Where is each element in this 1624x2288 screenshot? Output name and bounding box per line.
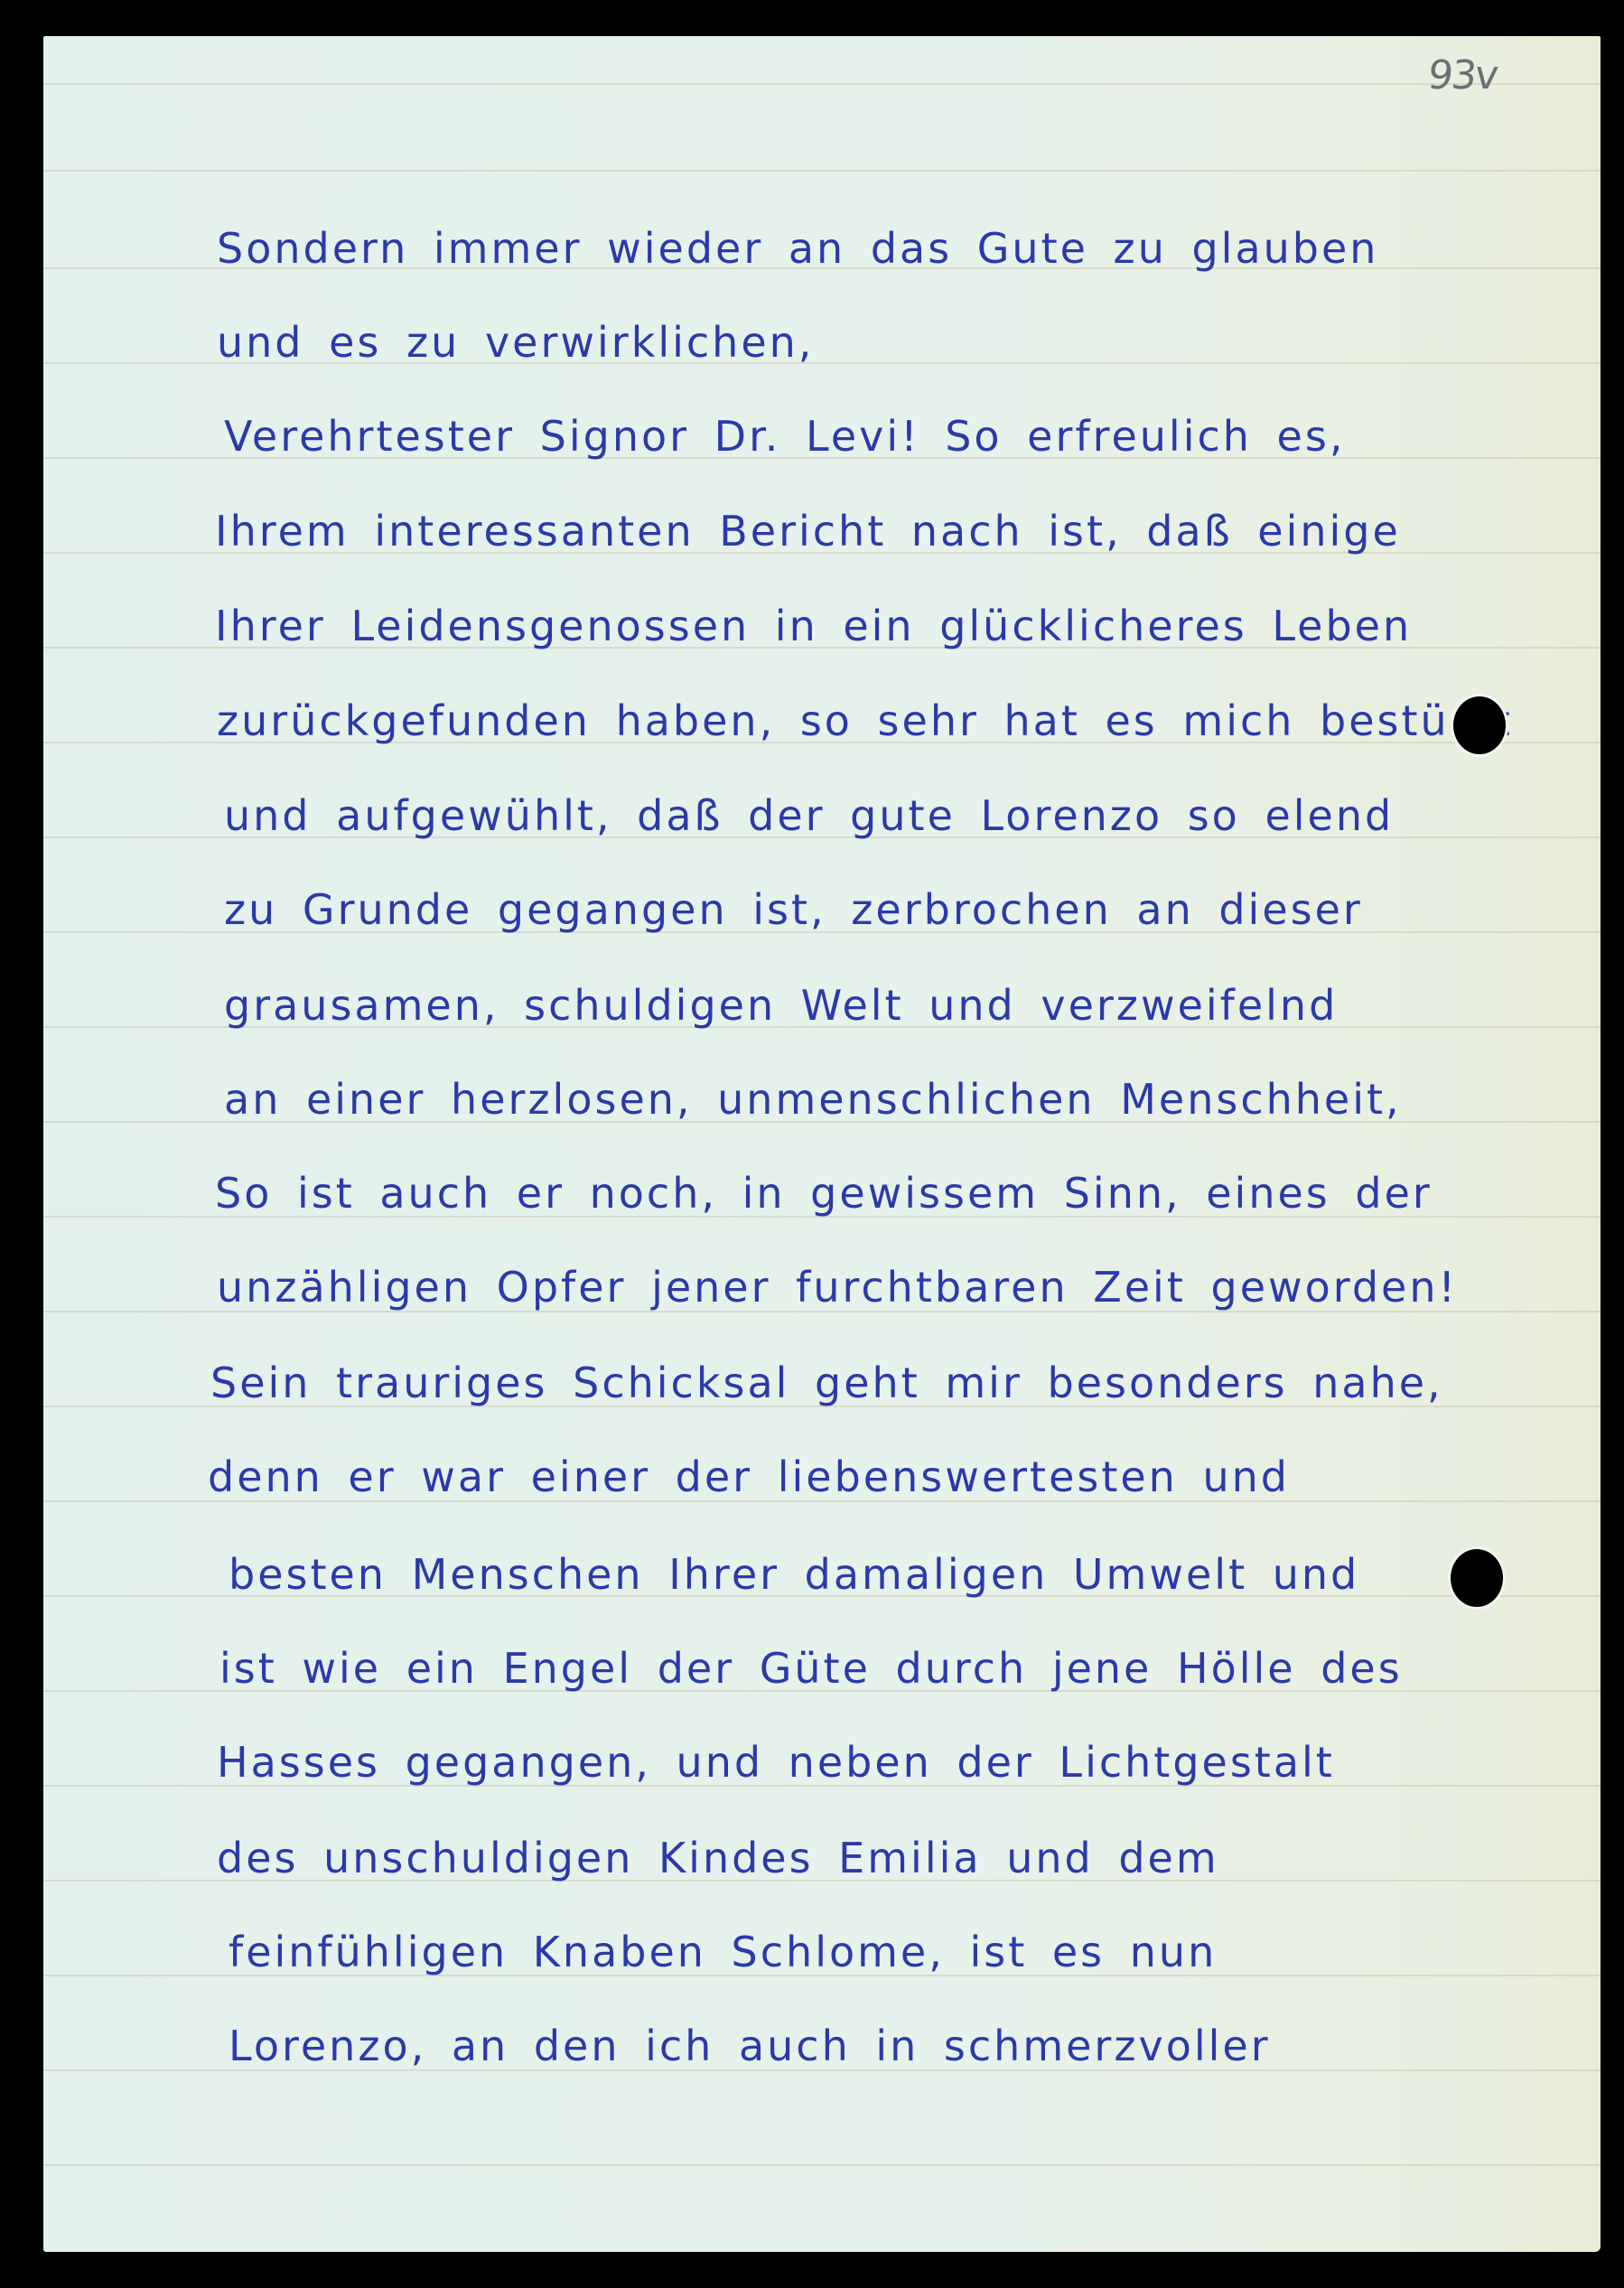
text-line: Ihrem interessanten Bericht nach ist, da…	[215, 510, 1401, 552]
text-line: denn er war einer der liebenswertesten u…	[208, 1456, 1290, 1498]
letter-page: 93v Sondern immer wieder an das Gute zu …	[43, 36, 1601, 2252]
text-line: Sondern immer wieder an das Gute zu glau…	[217, 228, 1572, 269]
text-line: Sein trauriges Schicksal geht mir besond…	[210, 1362, 1443, 1404]
text-line: unzähligen Opfer jener furchtbaren Zeit …	[217, 1266, 1458, 1308]
text-line: Ihrer Leidensgenossen in ein glücklicher…	[215, 605, 1412, 647]
text-line: und aufgewühlt, daß der gute Lorenzo so …	[224, 795, 1394, 836]
text-line: grausamen, schuldigen Welt und verzweife…	[224, 985, 1338, 1026]
text-line: Hasses gegangen, und neben der Lichtgest…	[217, 1742, 1335, 1783]
text-line: ist wie ein Engel der Güte durch jene Hö…	[219, 1648, 1403, 1689]
ruled-line	[43, 170, 1601, 172]
text-line: feinfühligen Knaben Schlome, ist es nun	[229, 1931, 1217, 1973]
text-line: zu Grunde gegangen ist, zerbrochen an di…	[224, 889, 1363, 930]
folio-number: 93v	[1425, 52, 1498, 98]
text-line: Verehrtester Signor Dr. Levi! So erfreul…	[224, 416, 1345, 457]
punch-hole	[1453, 696, 1506, 754]
text-line: So ist auch er noch, in gewissem Sinn, e…	[215, 1172, 1433, 1214]
text-line: des unschuldigen Kindes Emilia und dem	[217, 1837, 1219, 1879]
text-line: zurückgefunden haben, so sehr hat es mic…	[217, 700, 1513, 742]
ruled-line	[43, 2164, 1601, 2166]
text-line: Lorenzo, an den ich auch in schmerzvolle…	[229, 2025, 1271, 2067]
punch-hole	[1451, 1549, 1503, 1607]
text-line: besten Menschen Ihrer damaligen Umwelt u…	[229, 1554, 1359, 1595]
text-line: und es zu verwirklichen,	[217, 322, 814, 363]
text-line: an einer herzlosen, unmenschlichen Mensc…	[224, 1079, 1402, 1120]
ruled-line	[43, 83, 1601, 85]
